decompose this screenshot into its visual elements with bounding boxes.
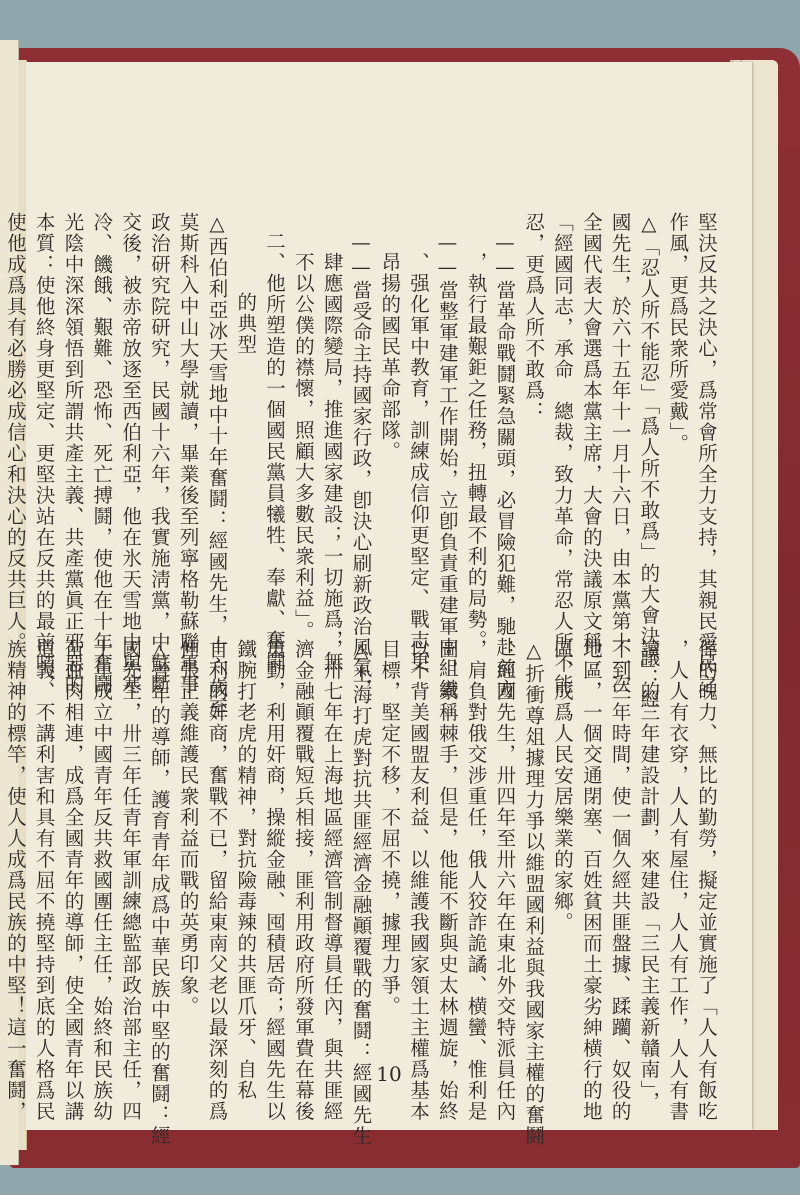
page-number: 10 <box>26 1062 752 1086</box>
text-column: 地區，一個交通閉塞、百姓貧困而土豪劣紳横行的地 <box>576 639 605 1035</box>
text-column: 二、他所塑造的一個國民黨員犧牲、奉獻、奮鬪 <box>259 212 288 622</box>
text-column: △上海打虎對抗共匪經濟金融顚覆戰的奮鬪：經國先生 <box>346 639 375 1035</box>
text-column: 本質：使他終身更堅定、更堅決站在反共的最前哨， <box>29 212 58 622</box>
text-column: ——當整軍建軍工作開始，立卽負責重建軍中組織 <box>432 212 461 622</box>
text-column: △西伯利亞冰天雪地中十年奮鬪：經國先生，十六歲至 <box>202 212 231 622</box>
text-column: 昂揚的國民革命部隊。 <box>374 212 403 622</box>
text-column: ，人人有衣穿，人人有屋住，人人有工作，人人有書 <box>662 639 691 1035</box>
text-column: 不到三年時間，使一個久經共匪盤據、蹂躪、奴役的 <box>605 639 634 1035</box>
lower-text-block: 偉的魄力、無比的勤勞，擬定並實施了「人人有飯吃，人人有衣穿，人人有屋住，人人有工… <box>0 639 720 1035</box>
text-column: 交後，被赤帝放逐至西伯利亞，他在氷天雪地中與寒 <box>115 212 144 622</box>
text-column: 堅決反共之決心，爲常會所全力支持，其親民愛民之 <box>691 212 720 622</box>
text-column: 使他成爲具有必勝必成信心和決心的反共巨人。 <box>0 212 29 622</box>
text-column: 區，成爲人民安居樂業的家鄉。 <box>547 639 576 1035</box>
text-column: 的典型 <box>230 212 259 622</box>
text-column: 苗血肉相連，成爲全國青年的導師，使全國青年以講 <box>58 639 87 1035</box>
text-column: 圖，素稱棘手，但是，他能不斷與史太林週旋，始終 <box>432 639 461 1035</box>
text-column: ，執行最艱鉅之任務，扭轉最不利的局勢。 <box>461 212 490 622</box>
book-page: 堅決反共之決心，爲常會所全力支持，其親民愛民之作風，更爲民衆所愛戴」。△「忍人所… <box>26 62 752 1130</box>
text-column: 族精神的標竿，使人人成爲民族的中堅！這一奮鬪， <box>0 639 29 1035</box>
text-column: ：經國先生，卅四年至卅六年在東北外交特派員任內 <box>490 639 519 1035</box>
text-column: 不以公僕的襟懷，照顧大多數民衆利益」。 <box>288 212 317 622</box>
text-column: ，肩負對俄交涉重任，俄人狡詐詭譎、横蠻、惟利是 <box>461 639 490 1035</box>
text-column: 「經國同志，承命 總裁，致力革命，常忍人所不能 <box>547 212 576 622</box>
upper-text-block: 堅決反共之決心，爲常會所全力支持，其親民愛民之作風，更爲民衆所愛戴」。△「忍人所… <box>0 212 720 622</box>
text-column: 國先生，於六十五年十一月十六日，由本黨第十一次 <box>605 212 634 622</box>
text-column: ——當革命戰鬪緊急關頭，必冒險犯難，馳赴前方 <box>490 212 519 622</box>
text-column: 國先生，卅三年任青年軍訓練總監部政治部主任，四 <box>115 639 144 1035</box>
text-column: 莫斯科入中山大學就讀，畢業後至列寧格勒蘇聯軍事 <box>173 212 202 622</box>
text-column: 全國代表大會選爲本黨主席，大會的決議原文稱： <box>576 212 605 622</box>
text-column: △「忍人所不能忍」「爲人所不敢爲」的大會決議：經 <box>634 212 663 622</box>
text-column: 、强化軍中教育，訓練成信仰更堅定、戰志更 <box>403 212 432 622</box>
text-column: 濟金融顚覆戰短兵相接，匪利用政府所發軍費在幕後 <box>288 639 317 1035</box>
text-column: △青年的導師，護育青年成爲中華民族中堅的奮鬪：經 <box>144 639 173 1035</box>
text-column: 偉的魄力、無比的勤勞，擬定並實施了「人人有飯吃 <box>691 639 720 1035</box>
text-column: 肆應國際變局，推進國家建設；一切施爲，無 <box>317 212 346 622</box>
text-column: 讀」的三年建設計劃，來建設「三民主義新贛南」， <box>634 639 663 1035</box>
text-column: 以不背美國盟友利益、以維護我國家領土主權爲基本 <box>403 639 432 1035</box>
text-column: 十年成立中國青年反共救國團任主任，始終和民族幼 <box>86 639 115 1035</box>
text-column: 忍，更爲人所不敢爲： <box>518 212 547 622</box>
text-column: 目標，堅定不移，不屈不撓，據理力爭。 <box>374 639 403 1035</box>
text-column: 冷、饑餓、艱難、恐怖、死亡搏鬪，使他在十年奮鬪 <box>86 212 115 622</box>
text-column: 鐵腕打老虎的精神，對抗險毒辣的共匪爪牙、自私 <box>230 639 259 1035</box>
text-column: 伸張正義維護民衆利益而戰的英勇印象。 <box>173 639 202 1035</box>
text-column: ——當受命主持國家行政，卽決心刷新政治風氣， <box>346 212 375 622</box>
text-column: 光陰中深深領悟到所謂共產主義、共產黨眞正邪惡的 <box>58 212 87 622</box>
text-column: 自利的奸商，奮戰不已，留給東南父老以最深刻的爲 <box>202 639 231 1035</box>
text-column: △折衝尊俎據理力爭以維盟國利益與我國家主權的奮鬪 <box>518 639 547 1035</box>
text-column: 道義、不講利害和具有不屈不撓堅持到底的人格爲民 <box>29 639 58 1035</box>
text-column: 作風，更爲民衆所愛戴」。 <box>662 212 691 622</box>
text-column: ，卅七年在上海地區經濟管制督導員任內，與共匪經 <box>317 639 346 1035</box>
text-column: 政治研究院研究，民國十六年，我實施淸黨，中蘇斷 <box>144 212 173 622</box>
text-column: 策動，利用奸商，操縱金融、囤積居奇；經國先生以 <box>259 639 288 1035</box>
